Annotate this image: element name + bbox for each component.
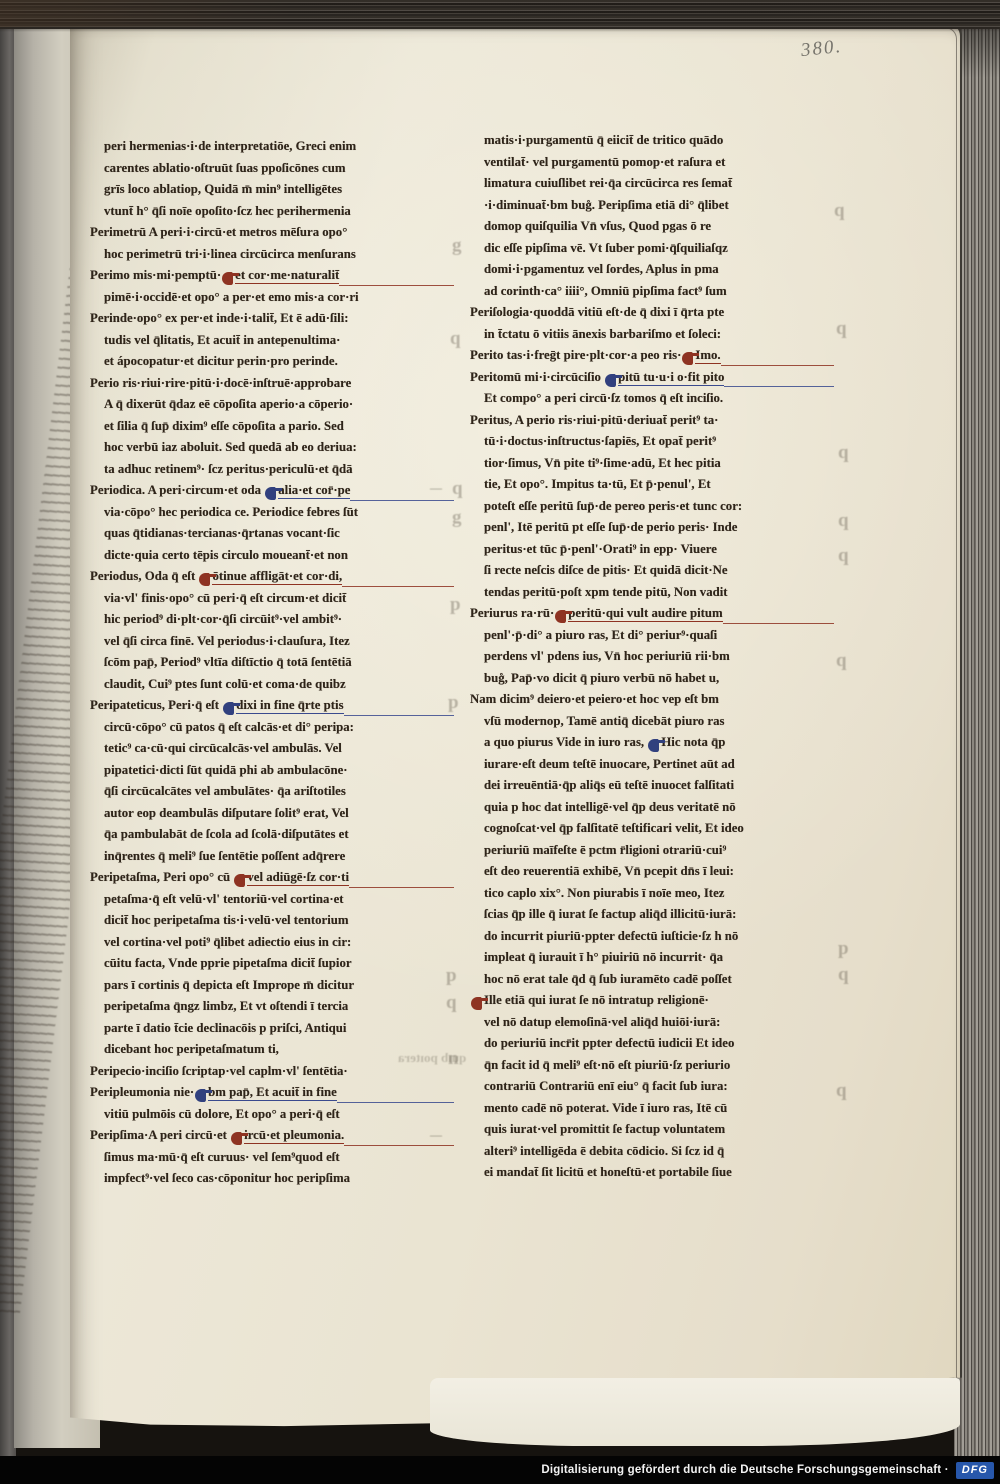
capitulum-mark — [648, 739, 659, 752]
line-text: contrariū Contrariū enī eiu° q̄ facit ſu… — [484, 1079, 728, 1094]
capitulum-mark — [265, 487, 276, 500]
bleedthrough-mark: — — [430, 481, 442, 496]
text-line: tudis vel q̄litatis, Et acuit̄ in antepe… — [90, 333, 454, 355]
line-text: q̄ſi circūcalcātes vel ambulātes· q̄a ar… — [104, 784, 346, 799]
bleedthrough-mark: p — [450, 594, 461, 616]
line-text: dicebant hoc peripetaſmatum ti, — [104, 1042, 279, 1057]
bleedthrough-mark: q — [838, 964, 849, 986]
line-text: hoc verbū iaz aboluit. Sed quedā ab eo d… — [104, 440, 357, 455]
line-text: circū·cōpo° cū patos q̄ eſt calcās·et di… — [104, 720, 354, 735]
line-text: Peripleumonia nie· — [90, 1085, 194, 1100]
text-line: Perimetrū A peri·i·circū·et metros mēſur… — [90, 225, 454, 247]
line-text: in t̄ctatu ō vitiis ānexis barbariſmo et… — [484, 327, 721, 342]
rubric-underline — [724, 385, 834, 387]
text-line: cūitu facta, Vnde pprie pipetaſma dicit̄… — [90, 956, 454, 978]
line-text: tior·ſimus, Vn̄ pite ti⁹·ſime·adū, Et he… — [484, 456, 721, 471]
capitulum-mark — [223, 702, 234, 715]
rubric-underline — [721, 364, 834, 366]
text-line: Et compo° a peri circū·ſz tomos q̄ eſt i… — [470, 391, 834, 413]
text-line: Perito tas·i·freḡt pire·plt·cor·a peo ri… — [470, 348, 834, 370]
rubricated-text: ircū·et pleumonia. — [244, 1128, 344, 1144]
text-line: circū·cōpo° cū patos q̄ eſt calcās·et di… — [90, 720, 454, 742]
text-line: grīs loco ablatiop, Quidā m̄ min⁹ intell… — [90, 182, 454, 204]
line-text: tie, Et opo°. Impitus ta·tū, Et p̄·penul… — [484, 477, 711, 492]
text-line: bug̊, Pap̄·vo dicit q̄ piuro verbū nō ha… — [470, 671, 834, 693]
text-line: Perio ris·riui·rire·pitū·i·docē·inſtruē·… — [90, 376, 454, 398]
text-line: carentes ablatio·oſtruūt ſuas ppoſicōnes… — [90, 161, 454, 183]
text-line: q̄ſi circūcalcātes vel ambulātes· q̄a ar… — [90, 784, 454, 806]
text-line: via·cōpo° hec periodica ce. Periodice fe… — [90, 505, 454, 527]
rubricated-text: pitū tu·u·i o·fit pito — [618, 370, 724, 386]
capitulum-mark — [471, 997, 482, 1010]
text-line: pipatetici·dicti ſūt quidā phi ab ambula… — [90, 763, 454, 785]
line-text: hoc nō erat tale q̄d q̄ ſub iuramēto cad… — [484, 972, 732, 987]
line-text: matis·i·purgamentū q̄ eiicit̄ de tritico… — [484, 133, 723, 148]
text-line: tū·i·doctus·inſtructus·ſapiēs, Et opat̄ … — [470, 434, 834, 456]
text-line: ſcōm pap̄, Period⁹ vltīa diſtīctio q̄ to… — [90, 655, 454, 677]
text-line: Perinde·opo° ex per·et inde·i·talit̄, Et… — [90, 311, 454, 333]
text-line: peripetaſma q̄ngz limbz, Et vt oſtendi ī… — [90, 999, 454, 1021]
line-text: ſcōm pap̄, Period⁹ vltīa diſtīctio q̄ to… — [104, 655, 352, 670]
rubricated-text: vel adiūgē·ſz cor·ti — [247, 870, 349, 886]
line-text: peritus·et tūc p̄·penl'·Orati⁹ in epp· V… — [484, 542, 717, 557]
text-line: petaſma·q̄ eſt velū·vl' tentoriū·vel cor… — [90, 892, 454, 914]
text-line: hoc nō erat tale q̄d q̄ ſub iuramēto cad… — [470, 972, 834, 994]
bleedthrough-mark: q — [838, 442, 849, 464]
bleedthrough-mark: q — [838, 510, 849, 532]
text-line: hoc verbū iaz aboluit. Sed quedā ab eo d… — [90, 440, 454, 462]
text-line: do periuriū incr̄it ppter defectū iudici… — [470, 1036, 834, 1058]
line-text: tico caplo xix°. Non piurabis ī noīe meo… — [484, 886, 724, 901]
line-text: vel cortina·vel poti⁹ q̄libet adiectio e… — [104, 935, 351, 950]
rubric-underline — [344, 714, 454, 716]
rubric-underline — [342, 585, 454, 587]
capitulum-mark — [231, 1132, 242, 1145]
line-text: claudit, Cui⁹ ptes ſunt colū·et coma·de … — [104, 677, 346, 692]
line-text: ventilat̄· vel purgamentū pomop·et raſur… — [484, 155, 725, 170]
line-text: periuriū maīfeſte ē pctm r̄ligioni otrar… — [484, 843, 726, 858]
text-line: periuriū maīfeſte ē pctm r̄ligioni otrar… — [470, 843, 834, 865]
text-line: ſcias q̄p ille q̄ iurat ſe factup aliq̄d… — [470, 907, 834, 929]
line-text: Nam dicim⁹ deiero·et peiero·et hoc vep e… — [470, 692, 719, 707]
capitulum-mark — [195, 1089, 206, 1102]
line-text: mento cadē nō poterat. Vide ī iuro ras, … — [484, 1101, 727, 1116]
rubric-underline — [349, 886, 454, 888]
text-line: Periurus ra·rū·peritū·qui vult audire pi… — [470, 606, 834, 628]
line-text: Periurus ra·rū· — [470, 606, 554, 621]
line-text: tū·i·doctus·inſtructus·ſapiēs, Et opat̄ … — [484, 434, 716, 449]
line-text: alteri⁹ intelligēda ē debita cōdicio. Si… — [484, 1144, 724, 1159]
line-text: do periuriū incr̄it ppter defectū iudici… — [484, 1036, 734, 1051]
line-text: via·cōpo° hec periodica ce. Periodice fe… — [104, 505, 358, 520]
text-line: poteſt eſſe peritū ſup̄·de pereo peris·e… — [470, 499, 834, 521]
text-line: q̄a pambulabāt de ſcola ad ſcolā·diſputā… — [90, 827, 454, 849]
line-text: A q̄ dixerūt q̄daz eē cōpoſita aperio·a … — [104, 397, 353, 412]
text-line: eſt deo reuerentiā exhibē, Vn̄ pcepit dn… — [470, 864, 834, 886]
line-text: carentes ablatio·oſtruūt ſuas ppoſicōnes… — [104, 161, 346, 176]
line-text: Peritomū mi·i·circūciſio — [470, 370, 604, 385]
text-line: Ille etiā qui iurat ſe nō intratup relig… — [470, 993, 834, 1015]
line-text: ei mandat̄ ſit licitū et honeſtū·et port… — [484, 1165, 732, 1180]
line-text: Peripſima·A peri circū·et — [90, 1128, 230, 1143]
text-line: ventilat̄· vel purgamentū pomop·et raſur… — [470, 155, 834, 177]
text-line: Peripateticus, Peri·q̄ eſt dixi in fine … — [90, 698, 454, 720]
line-text: impfect⁹·vel ſeco cas·cōponitur hoc peri… — [104, 1171, 350, 1186]
book-page-edges-top — [0, 0, 1000, 29]
line-text: autor eop deambulās diſputare ſolit⁹ era… — [104, 806, 349, 821]
line-text: limatura cuiuſlibet rei·q̄a circūcirca r… — [484, 176, 732, 191]
line-text: Perimetrū A peri·i·circū·et metros mēſur… — [90, 225, 347, 240]
line-text: vſū modernop, Tamē antiq̄ dicebāt piuro … — [484, 714, 724, 729]
bleedthrough-mark: q — [838, 545, 849, 567]
line-text: peripetaſma q̄ngz limbz, Et vt oſtendi ī… — [104, 999, 348, 1014]
line-text: et ápocopatur·et dicitur perin·pro perin… — [104, 354, 338, 369]
rubric-underline — [350, 499, 454, 501]
line-text: eſt deo reuerentiā exhibē, Vn̄ pcepit dn… — [484, 864, 734, 879]
line-text: peri hermenias·i·de interpretatiōe, Grec… — [104, 139, 356, 154]
line-text: tendas peritū·poſt xpm tende pitū, Non v… — [484, 585, 728, 600]
text-line: Peripecio·inciſio ſcriptap·vel caplm·vl'… — [90, 1064, 454, 1086]
bleedthrough-mark: q — [452, 478, 463, 500]
line-text: parte ī datio t̄cie declinacōis p priſci… — [104, 1021, 346, 1036]
text-line: cognoſcat·vel q̄p falſitatē teſtificari … — [470, 821, 834, 843]
line-text: pars ī cortinis q̄ depicta eſt Imprope m… — [104, 978, 354, 993]
line-text: tetic⁹ ca·cū·qui circūcalcās·vel ambulās… — [104, 741, 342, 756]
text-line: vitiū pulmōis cū dolore, Et opo° a peri·… — [90, 1107, 454, 1129]
rubricated-text: alia·et cor̄·pe — [278, 483, 350, 499]
footer-credit-bar: Digitalisierung gefördert durch die Deut… — [0, 1456, 1000, 1484]
line-text: Perimo mis·mi·pemptū· — [90, 268, 221, 283]
manuscript-scan: 380. peri hermenias·i·de interpretatiōe,… — [0, 0, 1000, 1484]
bleedthrough-mark: q — [834, 200, 845, 222]
text-line: penl'·p̄·di° a piuro ras, Et di° periur⁹… — [470, 628, 834, 650]
line-text: do incurrit piuriū·ppter defectū iuſtici… — [484, 929, 738, 944]
text-line: Peritus, A perio ris·riui·pitū·deriuat̄ … — [470, 413, 834, 435]
line-text: pipatetici·dicti ſūt quidā phi ab ambula… — [104, 763, 348, 778]
line-text: Peritus, A perio ris·riui·pitū·deriuat̄ … — [470, 413, 718, 428]
line-text: ·i·diminuat̄·bm bug̊. Peripſima etiā di°… — [484, 198, 729, 213]
bleedthrough-mark: q — [836, 318, 847, 340]
text-line: Periodica. A peri·circum·et oda alia·et … — [90, 483, 454, 505]
text-line: quis iurat·vel promittit ſe factup volun… — [470, 1122, 834, 1144]
text-line: mento cadē nō poterat. Vide ī iuro ras, … — [470, 1101, 834, 1123]
line-text: Perinde·opo° ex per·et inde·i·talit̄, Et… — [90, 311, 349, 326]
rubricated-text: et cor·me·naturalit̄ — [235, 268, 339, 284]
text-line: quia p hoc dat intelligē·vel q̄p deus ve… — [470, 800, 834, 822]
text-line: ei mandat̄ ſit licitū et honeſtū·et port… — [470, 1165, 834, 1187]
text-line: A q̄ dixerūt q̄daz eē cōpoſita aperio·a … — [90, 397, 454, 419]
line-text: domop quiſquilia Vn̄ vſus, Quod pgas ō r… — [484, 219, 711, 234]
text-line: claudit, Cui⁹ ptes ſunt colū·et coma·de … — [90, 677, 454, 699]
line-text: tudis vel q̄litatis, Et acuit̄ in antepe… — [104, 333, 340, 348]
text-line: inq̄rentes q̄ meli⁹ ſue ſentētie poſſent… — [90, 849, 454, 871]
text-line: dicit̄ hoc peripetaſma tis·i·velū·vel te… — [90, 913, 454, 935]
text-line: dicte·quia certo tēpis circulo moueant̄·… — [90, 548, 454, 570]
text-column-right: matis·i·purgamentū q̄ eiicit̄ de tritico… — [470, 133, 834, 1195]
text-line: vel nō datup elemoſinā·vel aliq̄d huiōi·… — [470, 1015, 834, 1037]
bleedthrough-mark: — — [430, 1128, 442, 1143]
text-line: Peripleumonia nie·bm pap̄, Et acuit̄ in … — [90, 1085, 454, 1107]
capitulum-mark — [222, 272, 233, 285]
text-line: tetic⁹ ca·cū·qui circūcalcās·vel ambulās… — [90, 741, 454, 763]
bleedthrough-mark: g — [452, 235, 462, 257]
bleedthrough-mark: p — [446, 965, 457, 987]
text-line: Peritomū mi·i·circūciſio pitū tu·u·i o·f… — [470, 370, 834, 392]
line-text: Peripateticus, Peri·q̄ eſt — [90, 698, 222, 713]
line-text: ta adhuc retinem⁹· ſcz peritus·periculū·… — [104, 462, 353, 477]
line-text: Periodus, Oda q̄ eſt — [90, 569, 198, 584]
text-column-left: peri hermenias·i·de interpretatiōe, Grec… — [90, 139, 454, 1201]
text-line: et ſilia q̄ ſup̄ dixim⁹ eſſe cōpoſita a … — [90, 419, 454, 441]
line-text: vtunt̄ h° q̄ſi noīe opoſito·ſcz hec peri… — [104, 204, 351, 219]
line-text: Hic nota q̄p — [661, 735, 725, 750]
rubric-underline — [337, 1101, 454, 1103]
line-text: bug̊, Pap̄·vo dicit q̄ piuro verbū nō ha… — [484, 671, 719, 686]
credit-text: Digitalisierung gefördert durch die Deut… — [541, 1464, 948, 1476]
text-line: impleat q̄ iurauit ī h° piuiriū nō incur… — [470, 950, 834, 972]
line-text: a quo piurus Vide in iuro ras, — [484, 735, 647, 750]
text-line: peri hermenias·i·de interpretatiōe, Grec… — [90, 139, 454, 161]
line-text: poteſt eſſe peritū ſup̄·de pereo peris·e… — [484, 499, 742, 514]
text-line: a quo piurus Vide in iuro ras, Hic nota … — [470, 735, 834, 757]
bleedthrough-mark: q — [836, 1080, 847, 1102]
line-text: cognoſcat·vel q̄p falſitatē teſtificari … — [484, 821, 744, 836]
text-line: ta adhuc retinem⁹· ſcz peritus·periculū·… — [90, 462, 454, 484]
line-text: domi·i·pgamentuz vel ſordes, Aplus in pm… — [484, 262, 719, 277]
text-line: peritus·et tūc p̄·penl'·Orati⁹ in epp· V… — [470, 542, 834, 564]
text-line: et ápocopatur·et dicitur perin·pro perin… — [90, 354, 454, 376]
rubricated-text: ōtinue affligāt·et cor·di, — [212, 569, 342, 585]
bleedthrough-mark: q — [446, 992, 457, 1014]
capitulum-mark — [234, 874, 245, 887]
text-line: q̄n facit id q̄ meli⁹ eſt·nō eſt piuriū·… — [470, 1058, 834, 1080]
bleedthrough-mark: q — [836, 650, 847, 672]
text-line: perdens vl' pdens ius, Vn̄ hoc periuriū … — [470, 649, 834, 671]
line-text: cūitu facta, Vnde pprie pipetaſma dicit̄… — [104, 956, 352, 971]
line-text: ſimus ma·mū·q̄ eſt curuus· vel ſem⁹quod … — [104, 1150, 340, 1165]
text-line: tendas peritū·poſt xpm tende pitū, Non v… — [470, 585, 834, 607]
rubricated-text: dixi in fine q̄rte ptis — [236, 698, 343, 714]
bleedthrough-mark: p — [448, 692, 459, 714]
under-page-sheet — [430, 1378, 960, 1446]
text-line: pimē·i·occidē·et opo° a per·et emo mis·a… — [90, 290, 454, 312]
line-text: Periodica. A peri·circum·et oda — [90, 483, 264, 498]
text-line: impfect⁹·vel ſeco cas·cōponitur hoc peri… — [90, 1171, 454, 1193]
text-line: Peripetaſma, Peri opo° cū vel adiūgē·ſz … — [90, 870, 454, 892]
text-line: vel q̄ſi circa finē. Vel periodus·i·clau… — [90, 634, 454, 656]
line-text: Peripecio·inciſio ſcriptap·vel caplm·vl'… — [90, 1064, 348, 1079]
rubric-underline — [339, 284, 454, 286]
line-text: dei irreuēntiā·q̄p aliq̄s eū teſtē inuoc… — [484, 778, 734, 793]
line-text: Ille etiā qui iurat ſe nō intratup relig… — [484, 993, 709, 1008]
text-line: iurare·eſt deum teſtē inuocare, Pertinet… — [470, 757, 834, 779]
text-line: Periodus, Oda q̄ eſt ōtinue affligāt·et … — [90, 569, 454, 591]
line-text: ad corinth·ca° iiii°, Omniū pipſima fact… — [484, 284, 727, 299]
text-line: Peripſima·A peri circū·et ircū·et pleumo… — [90, 1128, 454, 1150]
text-line: autor eop deambulās diſputare ſolit⁹ era… — [90, 806, 454, 828]
text-line: dei irreuēntiā·q̄p aliq̄s eū teſtē inuoc… — [470, 778, 834, 800]
text-line: tie, Et opo°. Impitus ta·tū, Et p̄·penul… — [470, 477, 834, 499]
text-line: ſimus ma·mū·q̄ eſt curuus· vel ſem⁹quod … — [90, 1150, 454, 1172]
line-text: q̄n facit id q̄ meli⁹ eſt·nō eſt piuriū·… — [484, 1058, 730, 1073]
line-text: via·vl' finis·opo° cū peri·q̄ eſt circum… — [104, 591, 346, 606]
line-text: Periſologia·quoddā vitiū eſt·de q̄ dixi … — [470, 305, 724, 320]
line-text: penl'·p̄·di° a piuro ras, Et di° periur⁹… — [484, 628, 717, 643]
text-line: vtunt̄ h° q̄ſi noīe opoſito·ſcz hec peri… — [90, 204, 454, 226]
line-text: grīs loco ablatiop, Quidā m̄ min⁹ intell… — [104, 182, 342, 197]
bleedthrough-mark: p — [838, 938, 849, 960]
capitulum-mark — [682, 352, 693, 365]
rubricated-text: bm pap̄, Et acuit̄ in fine — [208, 1085, 337, 1101]
text-line: penl', Itē peritū pt eſſe ſup̄·de perio … — [470, 520, 834, 542]
line-text: quas q̄tidianas·tercianas·q̄rtanas vocan… — [104, 526, 340, 541]
text-line: pars ī cortinis q̄ depicta eſt Imprope m… — [90, 978, 454, 1000]
rubricated-text: peritū·qui vult audire pitum — [568, 606, 722, 622]
text-line: quas q̄tidianas·tercianas·q̄rtanas vocan… — [90, 526, 454, 548]
line-text: pimē·i·occidē·et opo° a per·et emo mis·a… — [104, 290, 359, 305]
line-text: inq̄rentes q̄ meli⁹ ſue ſentētie poſſent… — [104, 849, 345, 864]
line-text: quis iurat·vel promittit ſe factup volun… — [484, 1122, 725, 1137]
text-line: alteri⁹ intelligēda ē debita cōdicio. Si… — [470, 1144, 834, 1166]
manuscript-page: 380. peri hermenias·i·de interpretatiōe,… — [70, 22, 962, 1446]
text-line: ·i·diminuat̄·bm bug̊. Peripſima etiā di°… — [470, 198, 834, 220]
line-text: Perio ris·riui·rire·pitū·i·docē·inſtruē·… — [90, 376, 351, 391]
dfg-logo: DFG — [956, 1462, 994, 1479]
line-text: vitiū pulmōis cū dolore, Et opo° a peri·… — [104, 1107, 340, 1122]
capitulum-mark — [555, 610, 566, 623]
text-line: Periſologia·quoddā vitiū eſt·de q̄ dixi … — [470, 305, 834, 327]
text-line: ſi recte neſcis diſce de pitis· Et quidā… — [470, 563, 834, 585]
line-text: Peripetaſma, Peri opo° cū — [90, 870, 233, 885]
line-text: dic eſſe pipſima vē. Vt ſuber pomi·q̄ſqu… — [484, 241, 728, 256]
text-line: contrariū Contrariū enī eiu° q̄ facit ſu… — [470, 1079, 834, 1101]
capitulum-mark — [605, 374, 616, 387]
text-line: matis·i·purgamentū q̄ eiicit̄ de tritico… — [470, 133, 834, 155]
text-line: via·vl' finis·opo° cū peri·q̄ eſt circum… — [90, 591, 454, 613]
line-text: hic period⁹ di·plt·cor·q̄ſi circūit⁹·vel… — [104, 612, 342, 627]
rubric-underline — [344, 1144, 454, 1146]
text-line: tior·ſimus, Vn̄ pite ti⁹·ſime·adū, Et he… — [470, 456, 834, 478]
line-text: penl', Itē peritū pt eſſe ſup̄·de perio … — [484, 520, 737, 535]
folio-number: 380. — [800, 36, 843, 62]
bleedthrough-mark: q — [450, 328, 461, 350]
text-line: in t̄ctatu ō vitiis ānexis barbariſmo et… — [470, 327, 834, 349]
line-text: dicte·quia certo tēpis circulo moueant̄·… — [104, 548, 348, 563]
line-text: quia p hoc dat intelligē·vel q̄p deus ve… — [484, 800, 736, 815]
line-text: impleat q̄ iurauit ī h° piuiriū nō incur… — [484, 950, 723, 965]
text-line: domop quiſquilia Vn̄ vſus, Quod pgas ō r… — [470, 219, 834, 241]
text-line: hoc perimetrū tri·i·linea circūcirca men… — [90, 247, 454, 269]
text-line: vſū modernop, Tamē antiq̄ dicebāt piuro … — [470, 714, 834, 736]
capitulum-mark — [199, 573, 210, 586]
rubric-underline — [723, 622, 834, 624]
line-text: ſi recte neſcis diſce de pitis· Et quidā… — [484, 563, 728, 578]
bleedthrough-mark: g — [452, 507, 462, 529]
text-line: hic period⁹ di·plt·cor·q̄ſi circūit⁹·vel… — [90, 612, 454, 634]
text-line: tico caplo xix°. Non piurabis ī noīe meo… — [470, 886, 834, 908]
text-line: do incurrit piuriū·ppter defectū iuſtici… — [470, 929, 834, 951]
text-line: dic eſſe pipſima vē. Vt ſuber pomi·q̄ſqu… — [470, 241, 834, 263]
line-text: Perito tas·i·freḡt pire·plt·cor·a peo ri… — [470, 348, 681, 363]
line-text: perdens vl' pdens ius, Vn̄ hoc periuriū … — [484, 649, 730, 664]
text-line: ad corinth·ca° iiii°, Omniū pipſima fact… — [470, 284, 834, 306]
line-text: hoc perimetrū tri·i·linea circūcirca men… — [104, 247, 356, 262]
line-text: iurare·eſt deum teſtē inuocare, Pertinet… — [484, 757, 735, 772]
text-line: Nam dicim⁹ deiero·et peiero·et hoc vep e… — [470, 692, 834, 714]
line-text: vel nō datup elemoſinā·vel aliq̄d huiōi·… — [484, 1015, 720, 1030]
text-line: parte ī datio t̄cie declinacōis p priſci… — [90, 1021, 454, 1043]
text-line: vel cortina·vel poti⁹ q̄libet adiectio e… — [90, 935, 454, 957]
line-text: petaſma·q̄ eſt velū·vl' tentoriū·vel cor… — [104, 892, 344, 907]
bleedthrough-mark: quıb poıtera — [398, 1050, 466, 1066]
line-text: vel q̄ſi circa finē. Vel periodus·i·clau… — [104, 634, 350, 649]
line-text: Et compo° a peri circū·ſz tomos q̄ eſt i… — [484, 391, 723, 406]
text-line: limatura cuiuſlibet rei·q̄a circūcirca r… — [470, 176, 834, 198]
line-text: q̄a pambulabāt de ſcola ad ſcolā·diſputā… — [104, 827, 349, 842]
line-text: et ſilia q̄ ſup̄ dixim⁹ eſſe cōpoſita a … — [104, 419, 344, 434]
text-line: Perimo mis·mi·pemptū·et cor·me·naturalit… — [90, 268, 454, 290]
line-text: dicit̄ hoc peripetaſma tis·i·velū·vel te… — [104, 913, 349, 928]
line-text: ſcias q̄p ille q̄ iurat ſe factup aliq̄d… — [484, 907, 736, 922]
text-line: domi·i·pgamentuz vel ſordes, Aplus in pm… — [470, 262, 834, 284]
